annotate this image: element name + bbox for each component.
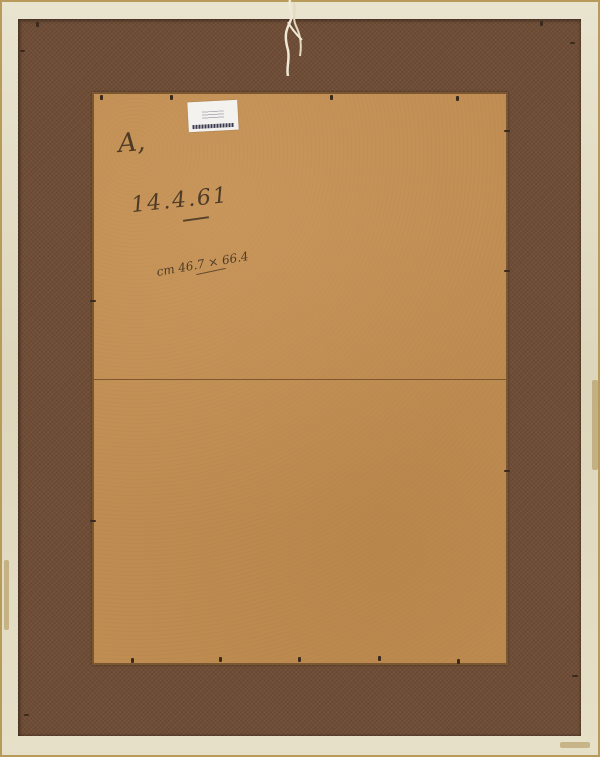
auction-label <box>187 100 239 133</box>
label-text-lines <box>202 110 224 119</box>
nail <box>504 130 510 132</box>
nail <box>456 96 459 101</box>
nail <box>20 50 25 52</box>
inscription-initial: A, <box>117 127 147 159</box>
frame-wear-mark <box>592 380 598 470</box>
nail <box>570 42 575 44</box>
backing-board <box>92 92 508 665</box>
nail <box>170 95 173 100</box>
nail <box>298 657 301 662</box>
nail <box>24 714 29 716</box>
frame-wear-mark <box>560 742 590 748</box>
barcode-icon <box>192 123 234 129</box>
nail <box>540 21 543 26</box>
nail <box>90 300 96 302</box>
nail <box>330 95 333 100</box>
nail <box>378 656 381 661</box>
board-seam <box>94 379 506 380</box>
nail <box>100 95 103 100</box>
picture-frame: A, 14.4.61 cm 46.7 × 66.4 <box>0 0 600 757</box>
frame-wear-mark <box>4 560 9 630</box>
nail <box>457 659 460 664</box>
nail <box>504 470 510 472</box>
nail <box>131 658 134 663</box>
hanging-cord-icon <box>280 0 304 76</box>
nail <box>90 520 96 522</box>
nail <box>219 657 222 662</box>
nail <box>572 675 578 677</box>
nail <box>504 270 510 272</box>
nail <box>36 22 39 27</box>
